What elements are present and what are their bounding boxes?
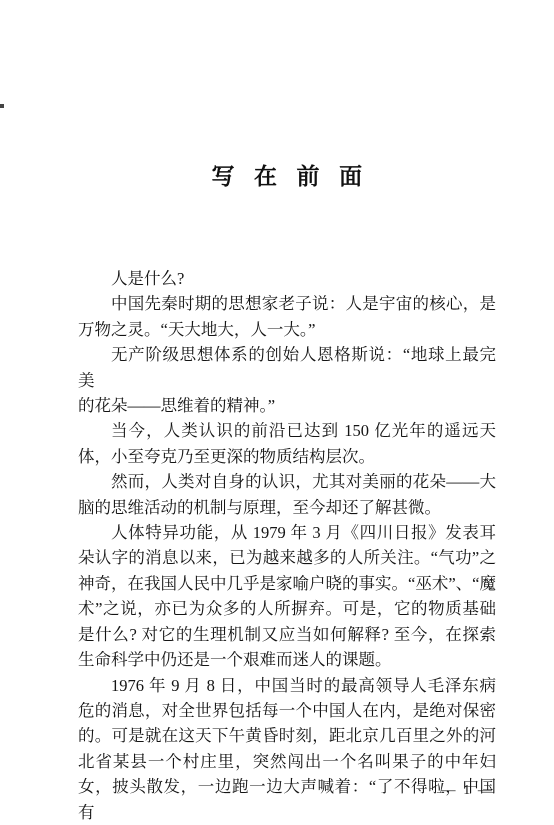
paragraph: 人体特异功能，从 1979 年 3 月《四川日报》发表耳朵认字的消息以来，已为越…: [78, 520, 496, 672]
body-text: 人是什么?中国先秦时期的思想家老子说：人是宇宙的核心，是万物之灵。“天大地大，人…: [78, 266, 496, 825]
text-line: 然而，人类对自身的认识，尤其对美丽的花朵——大: [78, 469, 496, 494]
page-title: 写在前面: [0, 158, 554, 191]
text-line: 女，披头散发，一边跑一边大声喊着：“了不得啦，中国有: [78, 774, 496, 825]
book-page: 写在前面 人是什么?中国先秦时期的思想家老子说：人是宇宙的核心，是万物之灵。“天…: [0, 0, 554, 825]
paragraph: 人是什么?: [78, 266, 496, 291]
text-line: 朵认字的消息以来，已为越来越多的人所关注。“气功”之: [78, 545, 496, 570]
text-line: 的。可是就在这天下午黄昏时刻，距北京几百里之外的河: [78, 723, 496, 748]
text-line: 危的消息，对全世界包括每一个中国人在内，是绝对保密: [78, 698, 496, 723]
text-line: 无产阶级思想体系的创始人恩格斯说：“地球上最完美: [78, 342, 496, 393]
scan-artifact: [0, 104, 4, 108]
text-line: 万物之灵。“天大地大，人一大。”: [78, 317, 496, 342]
text-line: 人体特异功能，从 1979 年 3 月《四川日报》发表耳: [78, 520, 496, 545]
paragraph: 中国先秦时期的思想家老子说：人是宇宙的核心，是万物之灵。“天大地大，人一大。”: [78, 291, 496, 342]
page-number: — 1 —: [442, 783, 495, 799]
paragraph: 然而，人类对自身的认识，尤其对美丽的花朵——大脑的思维活动的机制与原理，至今却还…: [78, 469, 496, 520]
text-line: 神奇，在我国人民中几乎是家喻户晓的事实。“巫术”、“魔: [78, 571, 496, 596]
paragraph: 无产阶级思想体系的创始人恩格斯说：“地球上最完美的花朵——思维着的精神。”: [78, 342, 496, 418]
text-line: 中国先秦时期的思想家老子说：人是宇宙的核心，是: [78, 291, 496, 316]
text-line: 当今，人类认识的前沿已达到 150 亿光年的遥远天: [78, 418, 496, 443]
text-line: 的花朵——思维着的精神。”: [78, 393, 496, 418]
text-line: 北省某县一个村庄里，突然闯出一个名叫果子的中年妇: [78, 749, 496, 774]
text-line: 生命科学中仍还是一个艰难而迷人的课题。: [78, 647, 496, 672]
text-line: 是什么? 对它的生理机制又应当如何解释? 至今，在探索: [78, 622, 496, 647]
paragraph: 当今，人类认识的前沿已达到 150 亿光年的遥远天体，小至夸克乃至更深的物质结构…: [78, 418, 496, 469]
text-line: 脑的思维活动的机制与原理，至今却还了解甚微。: [78, 495, 496, 520]
paragraph: 1976 年 9 月 8 日，中国当时的最高领导人毛泽东病危的消息，对全世界包括…: [78, 673, 496, 825]
text-line: 人是什么?: [78, 266, 496, 291]
text-line: 术”之说，亦已为众多的人所摒弃。可是，它的物质基础: [78, 596, 496, 621]
text-line: 体，小至夸克乃至更深的物质结构层次。: [78, 444, 496, 469]
text-line: 1976 年 9 月 8 日，中国当时的最高领导人毛泽东病: [78, 673, 496, 698]
